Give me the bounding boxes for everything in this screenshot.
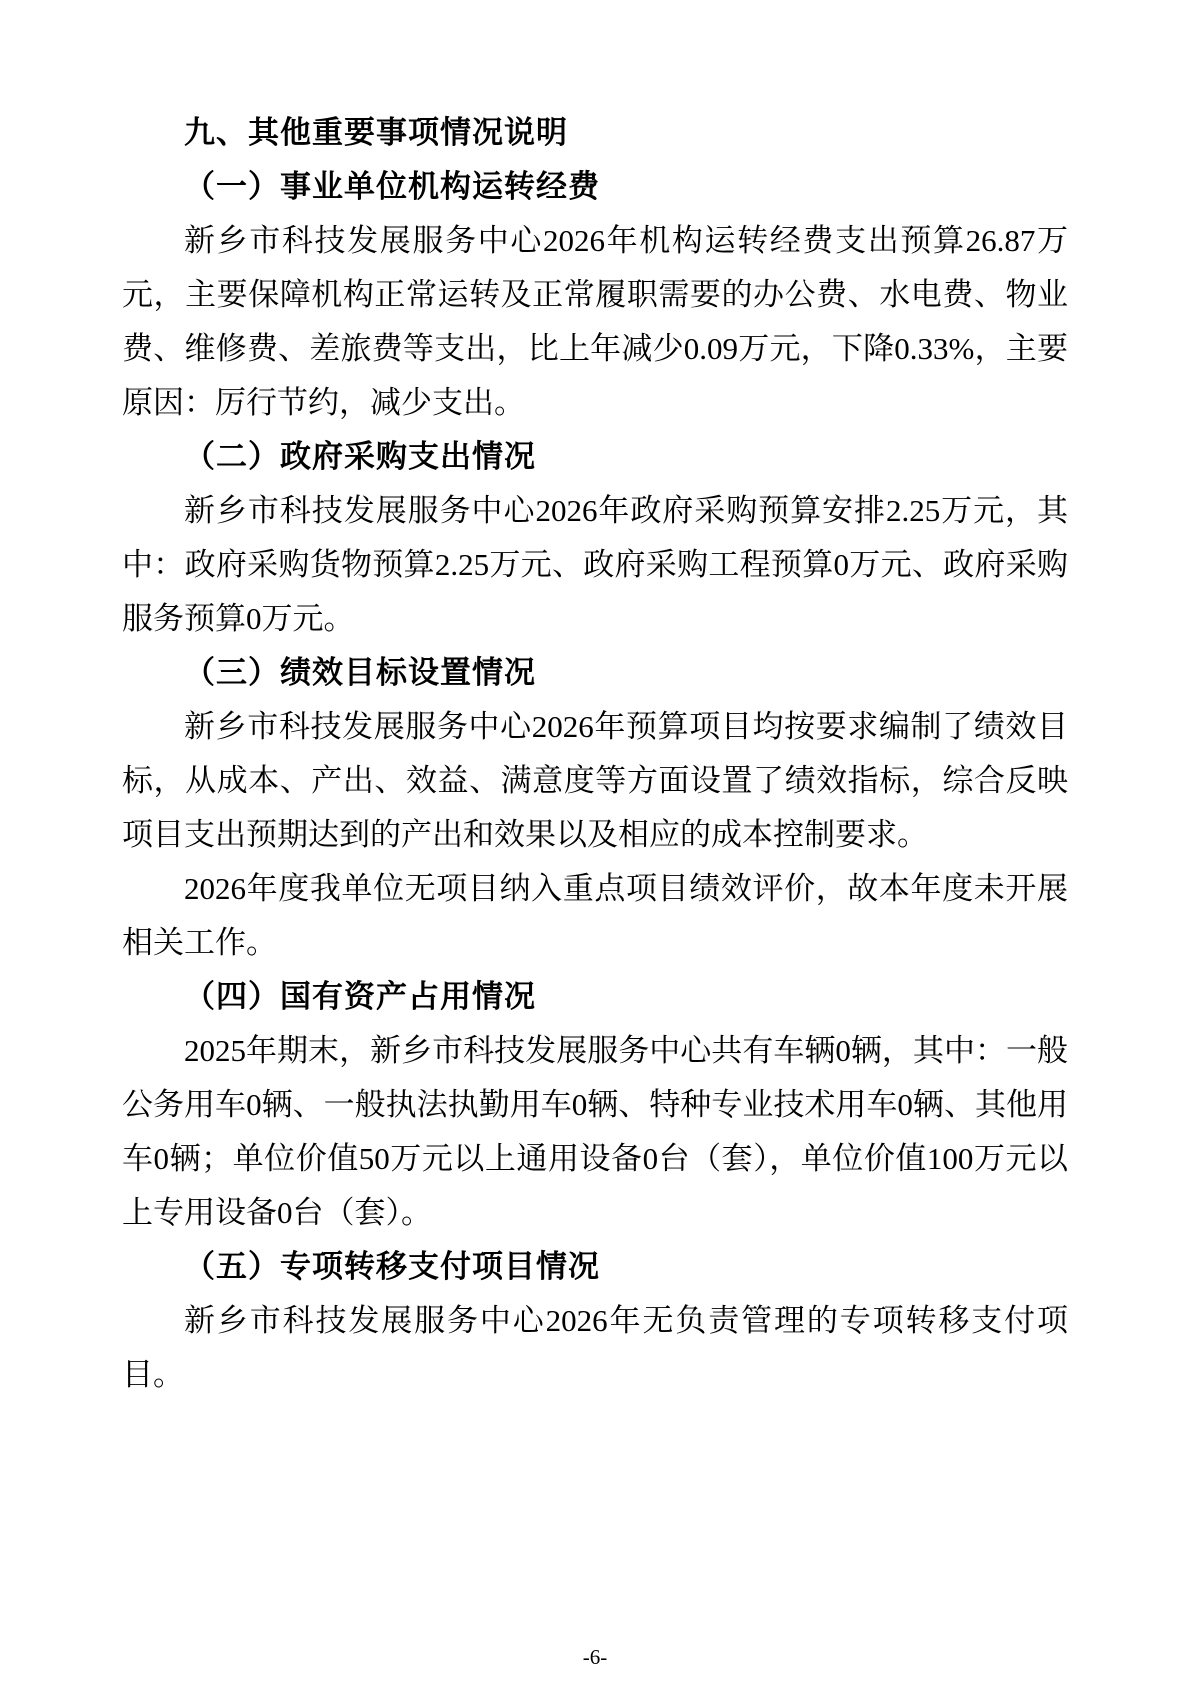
body-paragraph: 2025年期末，新乡市科技发展服务中心共有车辆0辆，其中：一般公务用车0辆、一般… [122, 1024, 1068, 1240]
body-paragraph: 新乡市科技发展服务中心2026年机构运转经费支出预算26.87万元，主要保障机构… [122, 214, 1068, 430]
section-government-procurement: （二）政府采购支出情况 新乡市科技发展服务中心2026年政府采购预算安排2.25… [122, 430, 1068, 646]
page-number: -6- [0, 1644, 1190, 1670]
subsection-heading-5: （五）专项转移支付项目情况 [122, 1240, 1068, 1294]
body-paragraph: 2026年度我单位无项目纳入重点项目绩效评价，故本年度未开展相关工作。 [122, 862, 1068, 970]
document-page: 九、其他重要事项情况说明 （一）事业单位机构运转经费 新乡市科技发展服务中心20… [0, 0, 1190, 1684]
subsection-heading-1: （一）事业单位机构运转经费 [122, 160, 1068, 214]
body-paragraph: 新乡市科技发展服务中心2026年政府采购预算安排2.25万元，其中：政府采购货物… [122, 484, 1068, 646]
section-institution-operating-funds: （一）事业单位机构运转经费 新乡市科技发展服务中心2026年机构运转经费支出预算… [122, 160, 1068, 430]
section-state-owned-assets: （四）国有资产占用情况 2025年期末，新乡市科技发展服务中心共有车辆0辆，其中… [122, 970, 1068, 1240]
body-paragraph: 新乡市科技发展服务中心2026年无负责管理的专项转移支付项目。 [122, 1294, 1068, 1402]
subsection-heading-3: （三）绩效目标设置情况 [122, 646, 1068, 700]
document-body: 九、其他重要事项情况说明 （一）事业单位机构运转经费 新乡市科技发展服务中心20… [122, 106, 1068, 1402]
section-special-transfer-payments: （五）专项转移支付项目情况 新乡市科技发展服务中心2026年无负责管理的专项转移… [122, 1240, 1068, 1402]
main-section-heading: 九、其他重要事项情况说明 [122, 106, 1068, 160]
subsection-heading-2: （二）政府采购支出情况 [122, 430, 1068, 484]
subsection-heading-4: （四）国有资产占用情况 [122, 970, 1068, 1024]
section-performance-goals: （三）绩效目标设置情况 新乡市科技发展服务中心2026年预算项目均按要求编制了绩… [122, 646, 1068, 970]
body-paragraph: 新乡市科技发展服务中心2026年预算项目均按要求编制了绩效目标，从成本、产出、效… [122, 700, 1068, 862]
